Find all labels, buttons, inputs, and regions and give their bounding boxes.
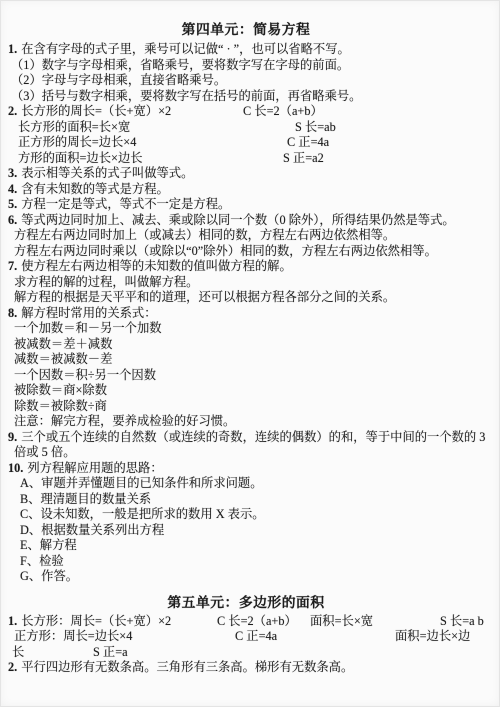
line-text: F、检验 [20,554,64,568]
text-line: （3）括号与数字相乘，要将数字写在括号的前面，再省略乘号。 [0,89,492,105]
text-line: 长S 正=a [0,645,492,661]
line-text: E、解方程 [20,538,77,552]
formula-segment: C 长=2（a+b） [217,614,297,630]
formula-segment: 面积=边长×边 [395,629,470,645]
text-line: 除数＝被除数÷商 [0,399,492,415]
line-text: 长方形的周长=（长+宽）×2 [21,104,171,118]
text-line: G、作答。 [0,569,492,585]
document-body: 第四单元：简易方程1.在含有字母的式子里，乘号可以记做“ · ”，也可以省略不写… [0,21,492,676]
line-text: A、审题并弄懂题目的已知条件和所求问题。 [20,476,263,490]
formula-segment: C 正=4a [287,135,329,151]
item-number: 1. [8,42,17,56]
item-number: 9. [8,430,17,444]
line-text: 被减数＝差＋减数 [14,337,112,351]
text-line: （1）数字与字母相乘，省略乘号，要将数字写在字母的前面。 [0,58,492,74]
line-text: 等式两边同时加上、减去、乘或除以同一个数（0 除外），所得结果仍然是等式。 [21,213,454,227]
line-text: 使方程左右两边相等的未知数的值叫做方程的解。 [21,259,292,273]
line-text: 在含有字母的式子里，乘号可以记做“ · ”，也可以省略不写。 [21,42,350,56]
line-text: 三个或五个连续的自然数（或连续的奇数，连续的偶数）的和，等于中间的一个数的 3 [21,430,485,444]
formula-segment: S 长=a b [440,614,484,630]
line-text: 方程一定是等式，等式不一定是方程。 [21,197,230,211]
line-text: 被除数＝商×除数 [14,383,107,397]
text-line: 8.解方程时常用的关系式： [0,306,492,322]
text-line: 倍或 5 倍。 [0,445,492,461]
line-text: （2）字母与字母相乘，直接省略乘号。 [11,73,226,87]
text-line: 减数＝被减数－差 [0,352,492,368]
section-title: 第五单元：多边形的面积 [0,594,492,611]
line-text: 解方程的根据是天平平和的道理，还可以根据方程各部分之间的关系。 [14,290,395,304]
line-text: G、作答。 [20,569,78,583]
text-line: 方程左右两边同时乘以（或除以“0”除外）相同的数，方程左右两边依然相等。 [0,244,492,260]
line-text: 平行四边形有无数条高。三角形有三条高。梯形有无数条高。 [21,660,353,674]
text-line: 方程左右两边同时加上（或减去）相同的数，方程左右两边依然相等。 [0,228,492,244]
line-text: 方程左右两边同时加上（或减去）相同的数，方程左右两边依然相等。 [14,228,395,242]
formula-segment: 面积=长×宽 [310,614,373,630]
line-text: 注意：解完方程，要养成检验的好习惯。 [14,414,235,428]
text-line: 3.表示相等关系的式子叫做等式。 [0,166,492,182]
line-text: 列方程解应用题的思路： [27,461,162,475]
item-number: 2. [8,104,17,118]
text-line: 正方形：周长=边长×4C 正=4a面积=边长×边 [0,629,492,645]
line-text: 一个因数＝积÷另一个因数 [14,368,156,382]
text-line: D、根据数量关系列出方程 [0,523,492,539]
text-line: 正方形的周长=边长×4C 正=4a [0,135,492,151]
section-title: 第四单元：简易方程 [0,21,492,38]
text-line: 1.长方形：周长=（长+宽）×2C 长=2（a+b）面积=长×宽S 长=a b [0,614,492,630]
line-text: （1）数字与字母相乘，省略乘号，要将数字写在字母的前面。 [11,58,349,72]
text-line: E、解方程 [0,538,492,554]
text-line: （2）字母与字母相乘，直接省略乘号。 [0,73,492,89]
item-number: 8. [8,306,17,320]
line-text: 方形的面积=边长×边长 [18,151,143,165]
text-line: 9.三个或五个连续的自然数（或连续的奇数，连续的偶数）的和，等于中间的一个数的 … [0,430,492,446]
line-text: 正方形的周长=边长×4 [18,135,136,149]
formula-segment: S 正=a2 [283,151,324,167]
line-text: 长 [12,645,24,659]
text-line: 被除数＝商×除数 [0,383,492,399]
text-line: 解方程的根据是天平平和的道理，还可以根据方程各部分之间的关系。 [0,290,492,306]
section: 第五单元：多边形的面积1.长方形：周长=（长+宽）×2C 长=2（a+b）面积=… [0,594,492,676]
line-text: 正方形：周长=边长×4 [14,629,132,643]
line-text: 方程左右两边同时乘以（或除以“0”除外）相同的数，方程左右两边依然相等。 [14,244,437,258]
text-line: C、设未知数，一般是把所求的数用 X 表示。 [0,507,492,523]
line-text: 除数＝被除数÷商 [14,399,107,413]
text-line: 5.方程一定是等式，等式不一定是方程。 [0,197,492,213]
line-text: 长方形：周长=（长+宽）×2 [21,614,171,628]
line-text: 表示相等关系的式子叫做等式。 [21,166,193,180]
line-text: 含有未知数的等式是方程。 [21,182,169,196]
line-text: 倍或 5 倍。 [14,445,76,459]
text-line: 7.使方程左右两边相等的未知数的值叫做方程的解。 [0,259,492,275]
text-line: 一个加数＝和－另一个加数 [0,321,492,337]
text-line: 2.长方形的周长=（长+宽）×2C 长=2（a+b） [0,104,492,120]
line-text: 长方形的面积=长×宽 [18,120,130,134]
item-number: 4. [8,182,17,196]
formula-segment: S 正=a [93,645,128,661]
section: 第四单元：简易方程1.在含有字母的式子里，乘号可以记做“ · ”，也可以省略不写… [0,21,492,585]
document-page: 第四单元：简易方程1.在含有字母的式子里，乘号可以记做“ · ”，也可以省略不写… [0,0,500,707]
formula-segment: C 长=2（a+b） [243,104,323,120]
line-text: B、理清题目的数量关系 [20,492,151,506]
item-number: 7. [8,259,17,273]
line-text: C、设未知数，一般是把所求的数用 X 表示。 [20,507,265,521]
text-line: 6.等式两边同时加上、减去、乘或除以同一个数（0 除外），所得结果仍然是等式。 [0,213,492,229]
text-line: A、审题并弄懂题目的已知条件和所求问题。 [0,476,492,492]
text-line: B、理清题目的数量关系 [0,492,492,508]
line-text: （3）括号与数字相乘，要将数字写在括号的前面，再省略乘号。 [11,89,361,103]
text-line: 求方程的解的过程，叫做解方程。 [0,275,492,291]
item-number: 3. [8,166,17,180]
text-line: 一个因数＝积÷另一个因数 [0,368,492,384]
line-text: D、根据数量关系列出方程 [20,523,164,537]
item-number: 10. [8,461,23,475]
text-line: F、检验 [0,554,492,570]
text-line: 被减数＝差＋减数 [0,337,492,353]
line-text: 减数＝被减数－差 [14,352,112,366]
text-line: 10.列方程解应用题的思路： [0,461,492,477]
item-number: 5. [8,197,17,211]
line-text: 解方程时常用的关系式： [21,306,156,320]
item-number: 6. [8,213,17,227]
line-text: 一个加数＝和－另一个加数 [14,321,162,335]
text-line: 方形的面积=边长×边长S 正=a2 [0,151,492,167]
item-number: 1. [8,614,17,628]
line-text: 求方程的解的过程，叫做解方程。 [14,275,198,289]
text-line: 1.在含有字母的式子里，乘号可以记做“ · ”，也可以省略不写。 [0,42,492,58]
text-line: 长方形的面积=长×宽S 长=ab [0,120,492,136]
text-line: 2.平行四边形有无数条高。三角形有三条高。梯形有无数条高。 [0,660,492,676]
formula-segment: C 正=4a [235,629,277,645]
formula-segment: S 长=ab [295,120,336,136]
text-line: 注意：解完方程，要养成检验的好习惯。 [0,414,492,430]
text-line: 4.含有未知数的等式是方程。 [0,182,492,198]
item-number: 2. [8,660,17,674]
